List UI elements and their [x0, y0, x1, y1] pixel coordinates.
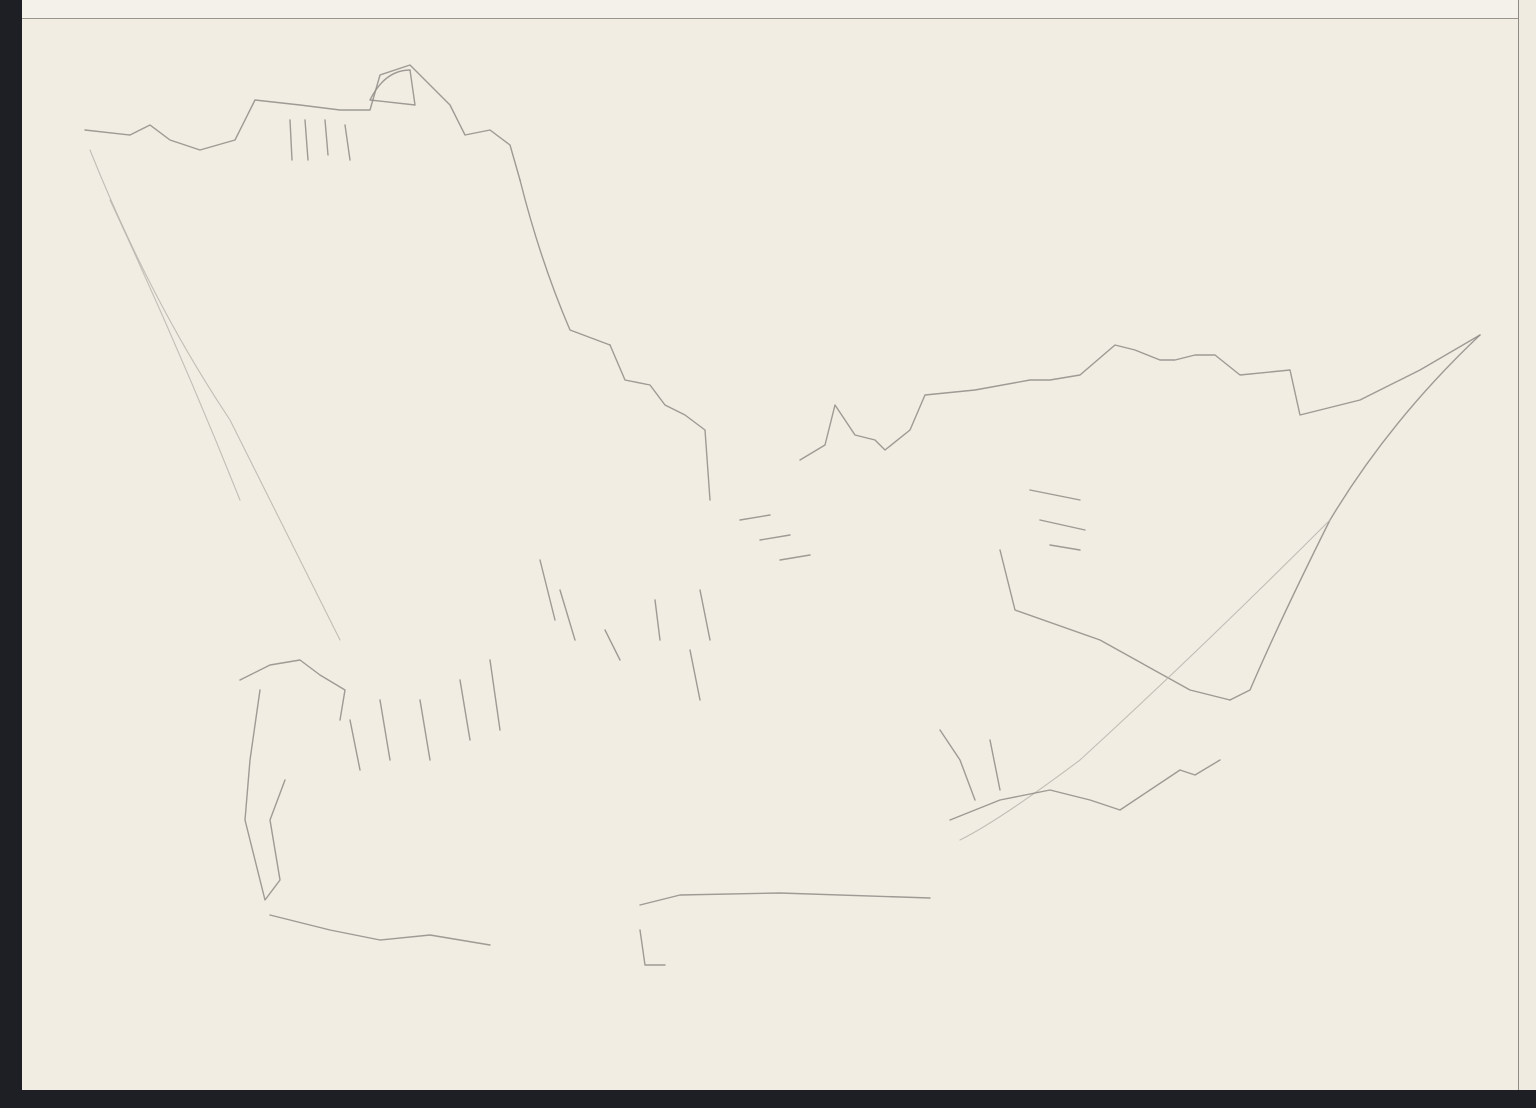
pencil-drawing — [0, 0, 1536, 1108]
